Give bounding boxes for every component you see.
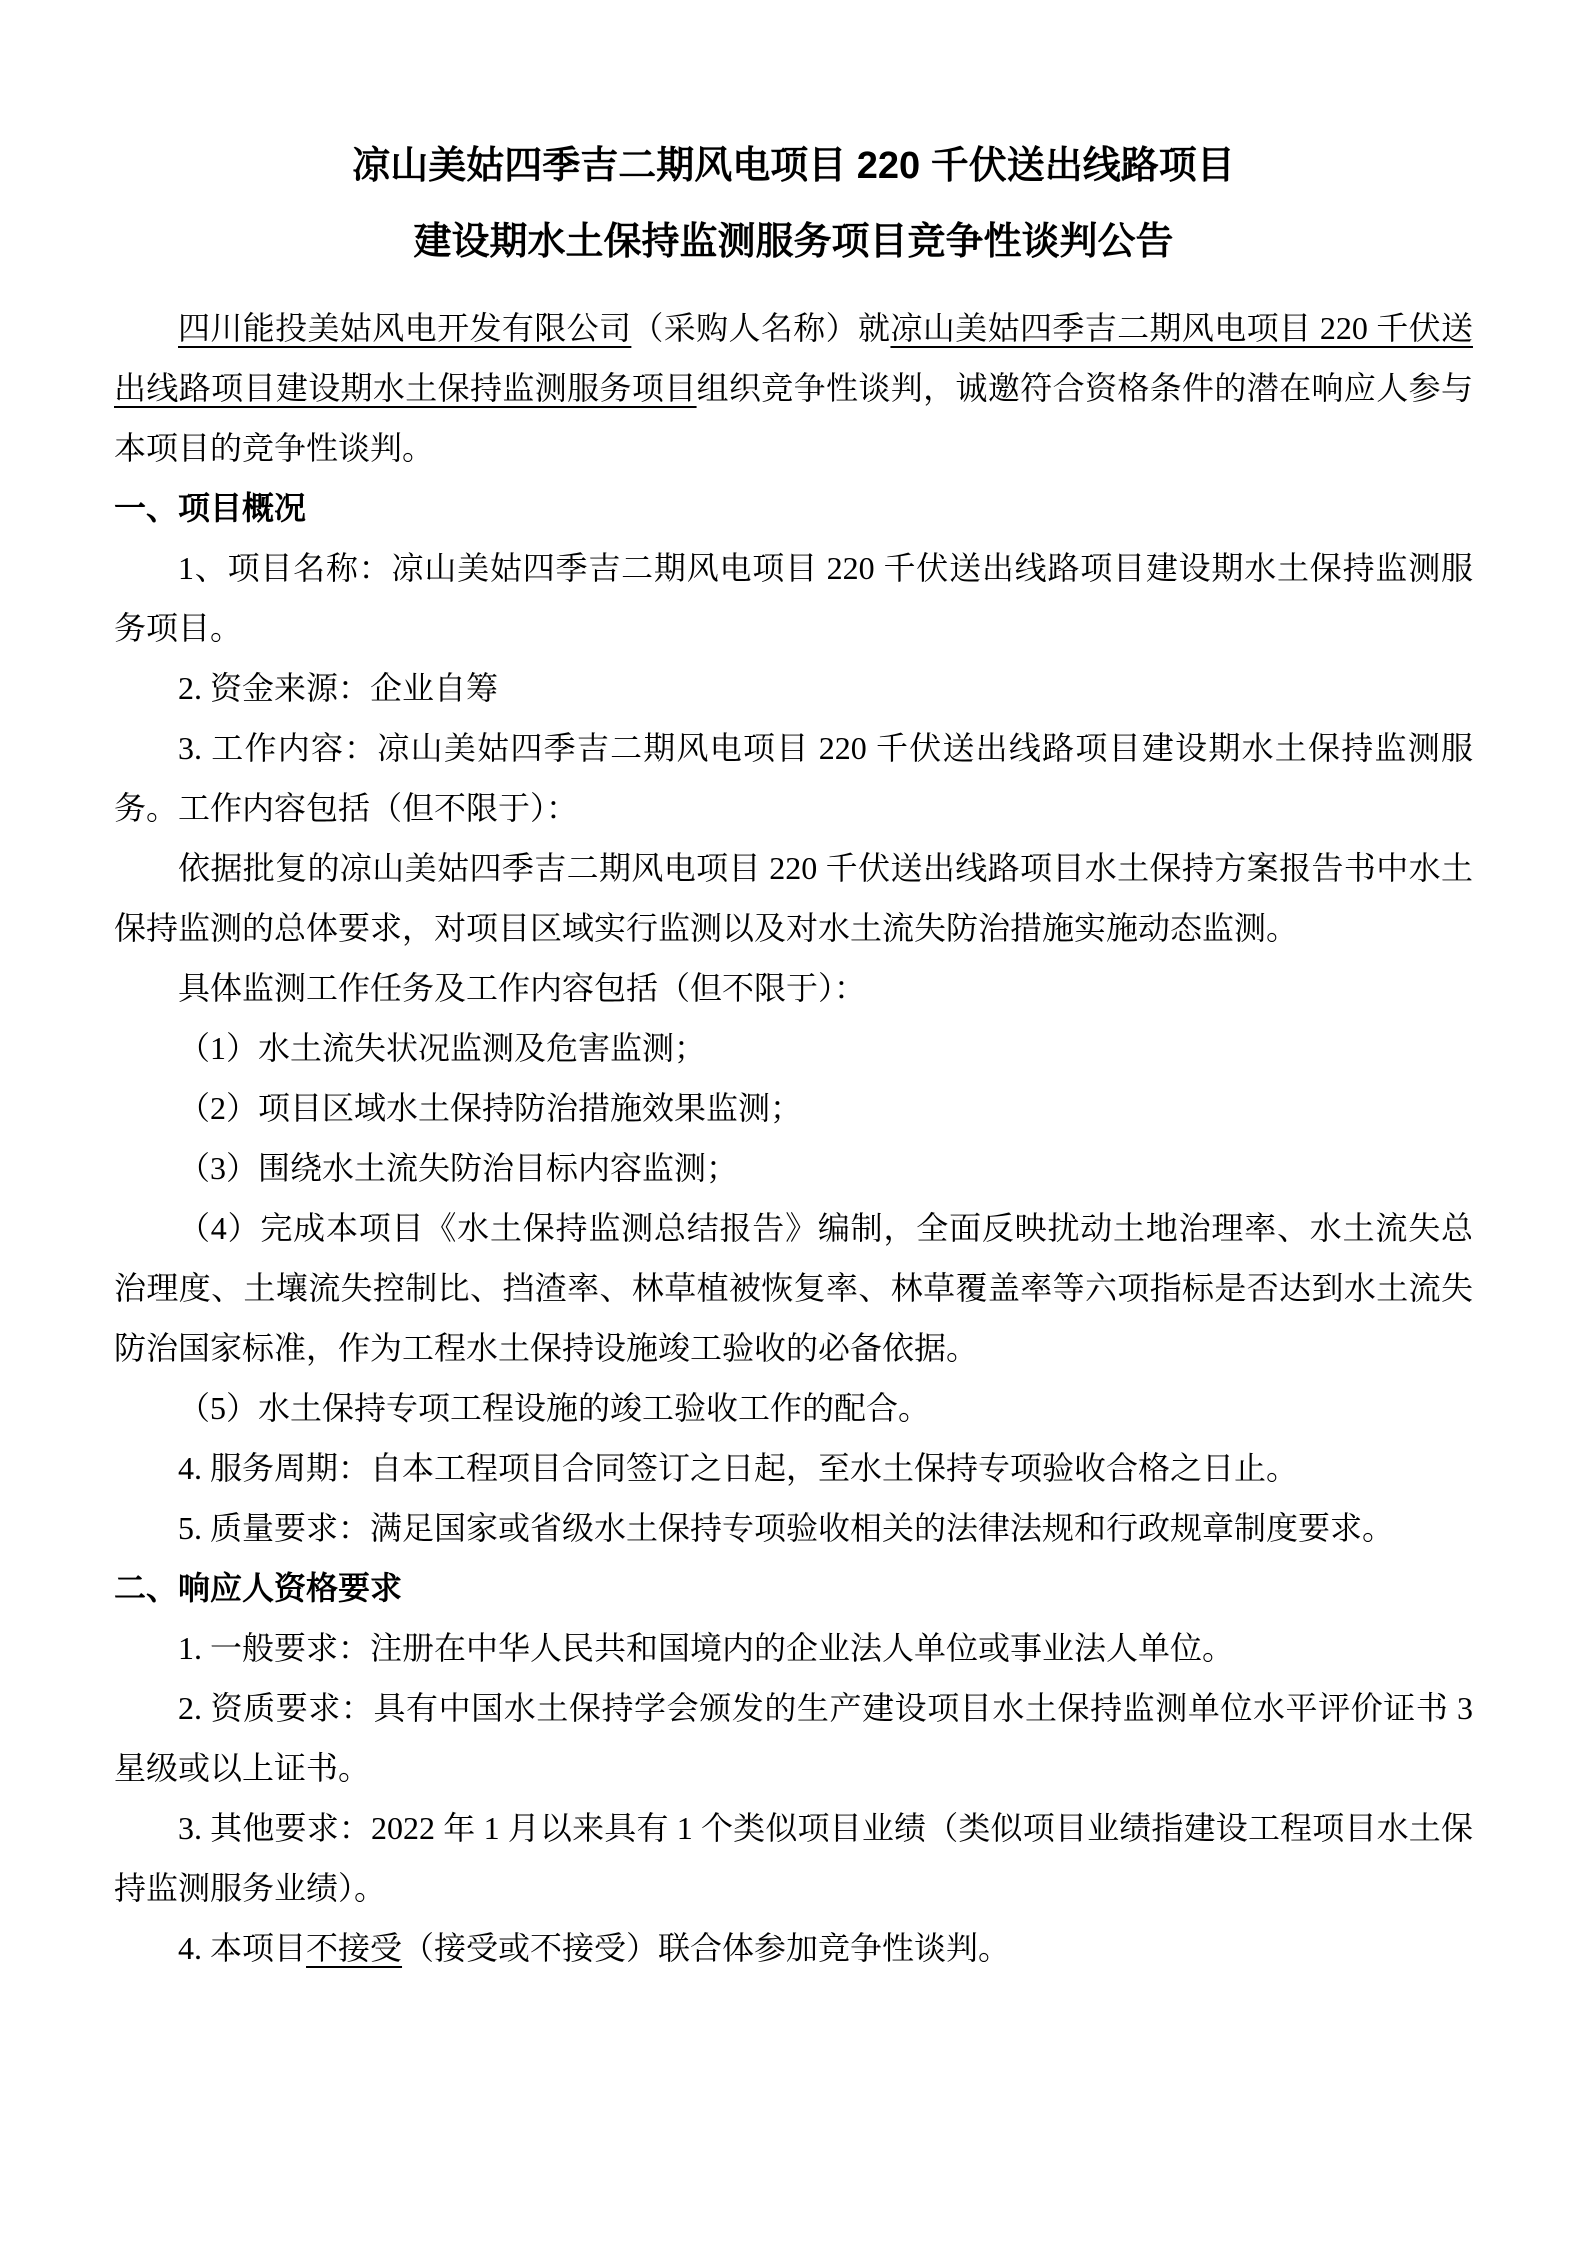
not-accepted-underlined: 不接受: [306, 1930, 402, 1966]
monitoring-task-4: （4）完成本项目《水土保持监测总结报告》编制，全面反映扰动土地治理率、水土流失总…: [114, 1198, 1473, 1378]
work-content-item: 3. 工作内容：凉山美姑四季吉二期风电项目 220 千伏送出线路项目建设期水土保…: [114, 718, 1473, 838]
title-line-1: 凉山美姑四季吉二期风电项目 220 千伏送出线路项目: [114, 128, 1473, 204]
monitoring-task-3: （3）围绕水土流失防治目标内容监测；: [114, 1138, 1473, 1198]
purchaser-name: 四川能投美姑风电开发有限公司: [178, 310, 631, 346]
intro-paragraph: 四川能投美姑风电开发有限公司（采购人名称）就凉山美姑四季吉二期风电项目 220 …: [114, 298, 1473, 478]
document-title: 凉山美姑四季吉二期风电项目 220 千伏送出线路项目 建设期水土保持监测服务项目…: [114, 128, 1473, 280]
title-line-2: 建设期水土保持监测服务项目竞争性谈判公告: [114, 204, 1473, 280]
service-period-item: 4. 服务周期：自本工程项目合同签订之日起，至水土保持专项验收合格之日止。: [114, 1438, 1473, 1498]
intro-text-run: （采购人名称）就: [631, 310, 890, 346]
funding-source-item: 2. 资金来源：企业自筹: [114, 658, 1473, 718]
monitoring-task-2: （2）项目区域水土保持防治措施效果监测；: [114, 1078, 1473, 1138]
section-1-heading: 一、项目概况: [114, 478, 1473, 538]
general-requirement-item: 1. 一般要求：注册在中华人民共和国境内的企业法人单位或事业法人单位。: [114, 1618, 1473, 1678]
monitoring-task-5: （5）水土保持专项工程设施的竣工验收工作的配合。: [114, 1378, 1473, 1438]
work-content-basis-paragraph: 依据批复的凉山美姑四季吉二期风电项目 220 千伏送出线路项目水土保持方案报告书…: [114, 838, 1473, 958]
monitoring-tasks-lead-in: 具体监测工作任务及工作内容包括（但不限于）：: [114, 958, 1473, 1018]
quality-requirement-item: 5. 质量要求：满足国家或省级水土保持专项验收相关的法律法规和行政规章制度要求。: [114, 1498, 1473, 1558]
document-page: 凉山美姑四季吉二期风电项目 220 千伏送出线路项目 建设期水土保持监测服务项目…: [0, 0, 1587, 2245]
consortium-text-run-2: （接受或不接受）联合体参加竞争性谈判。: [402, 1930, 1010, 1966]
qualification-requirement-item: 2. 资质要求：具有中国水土保持学会颁发的生产建设项目水土保持监测单位水平评价证…: [114, 1678, 1473, 1798]
project-name-item: 1、项目名称：凉山美姑四季吉二期风电项目 220 千伏送出线路项目建设期水土保持…: [114, 538, 1473, 658]
monitoring-task-1: （1）水土流失状况监测及危害监测；: [114, 1018, 1473, 1078]
consortium-item: 4. 本项目不接受（接受或不接受）联合体参加竞争性谈判。: [114, 1918, 1473, 1978]
other-requirement-item: 3. 其他要求：2022 年 1 月以来具有 1 个类似项目业绩（类似项目业绩指…: [114, 1798, 1473, 1918]
section-2-heading: 二、响应人资格要求: [114, 1558, 1473, 1618]
consortium-text-run: 4. 本项目: [178, 1930, 306, 1966]
